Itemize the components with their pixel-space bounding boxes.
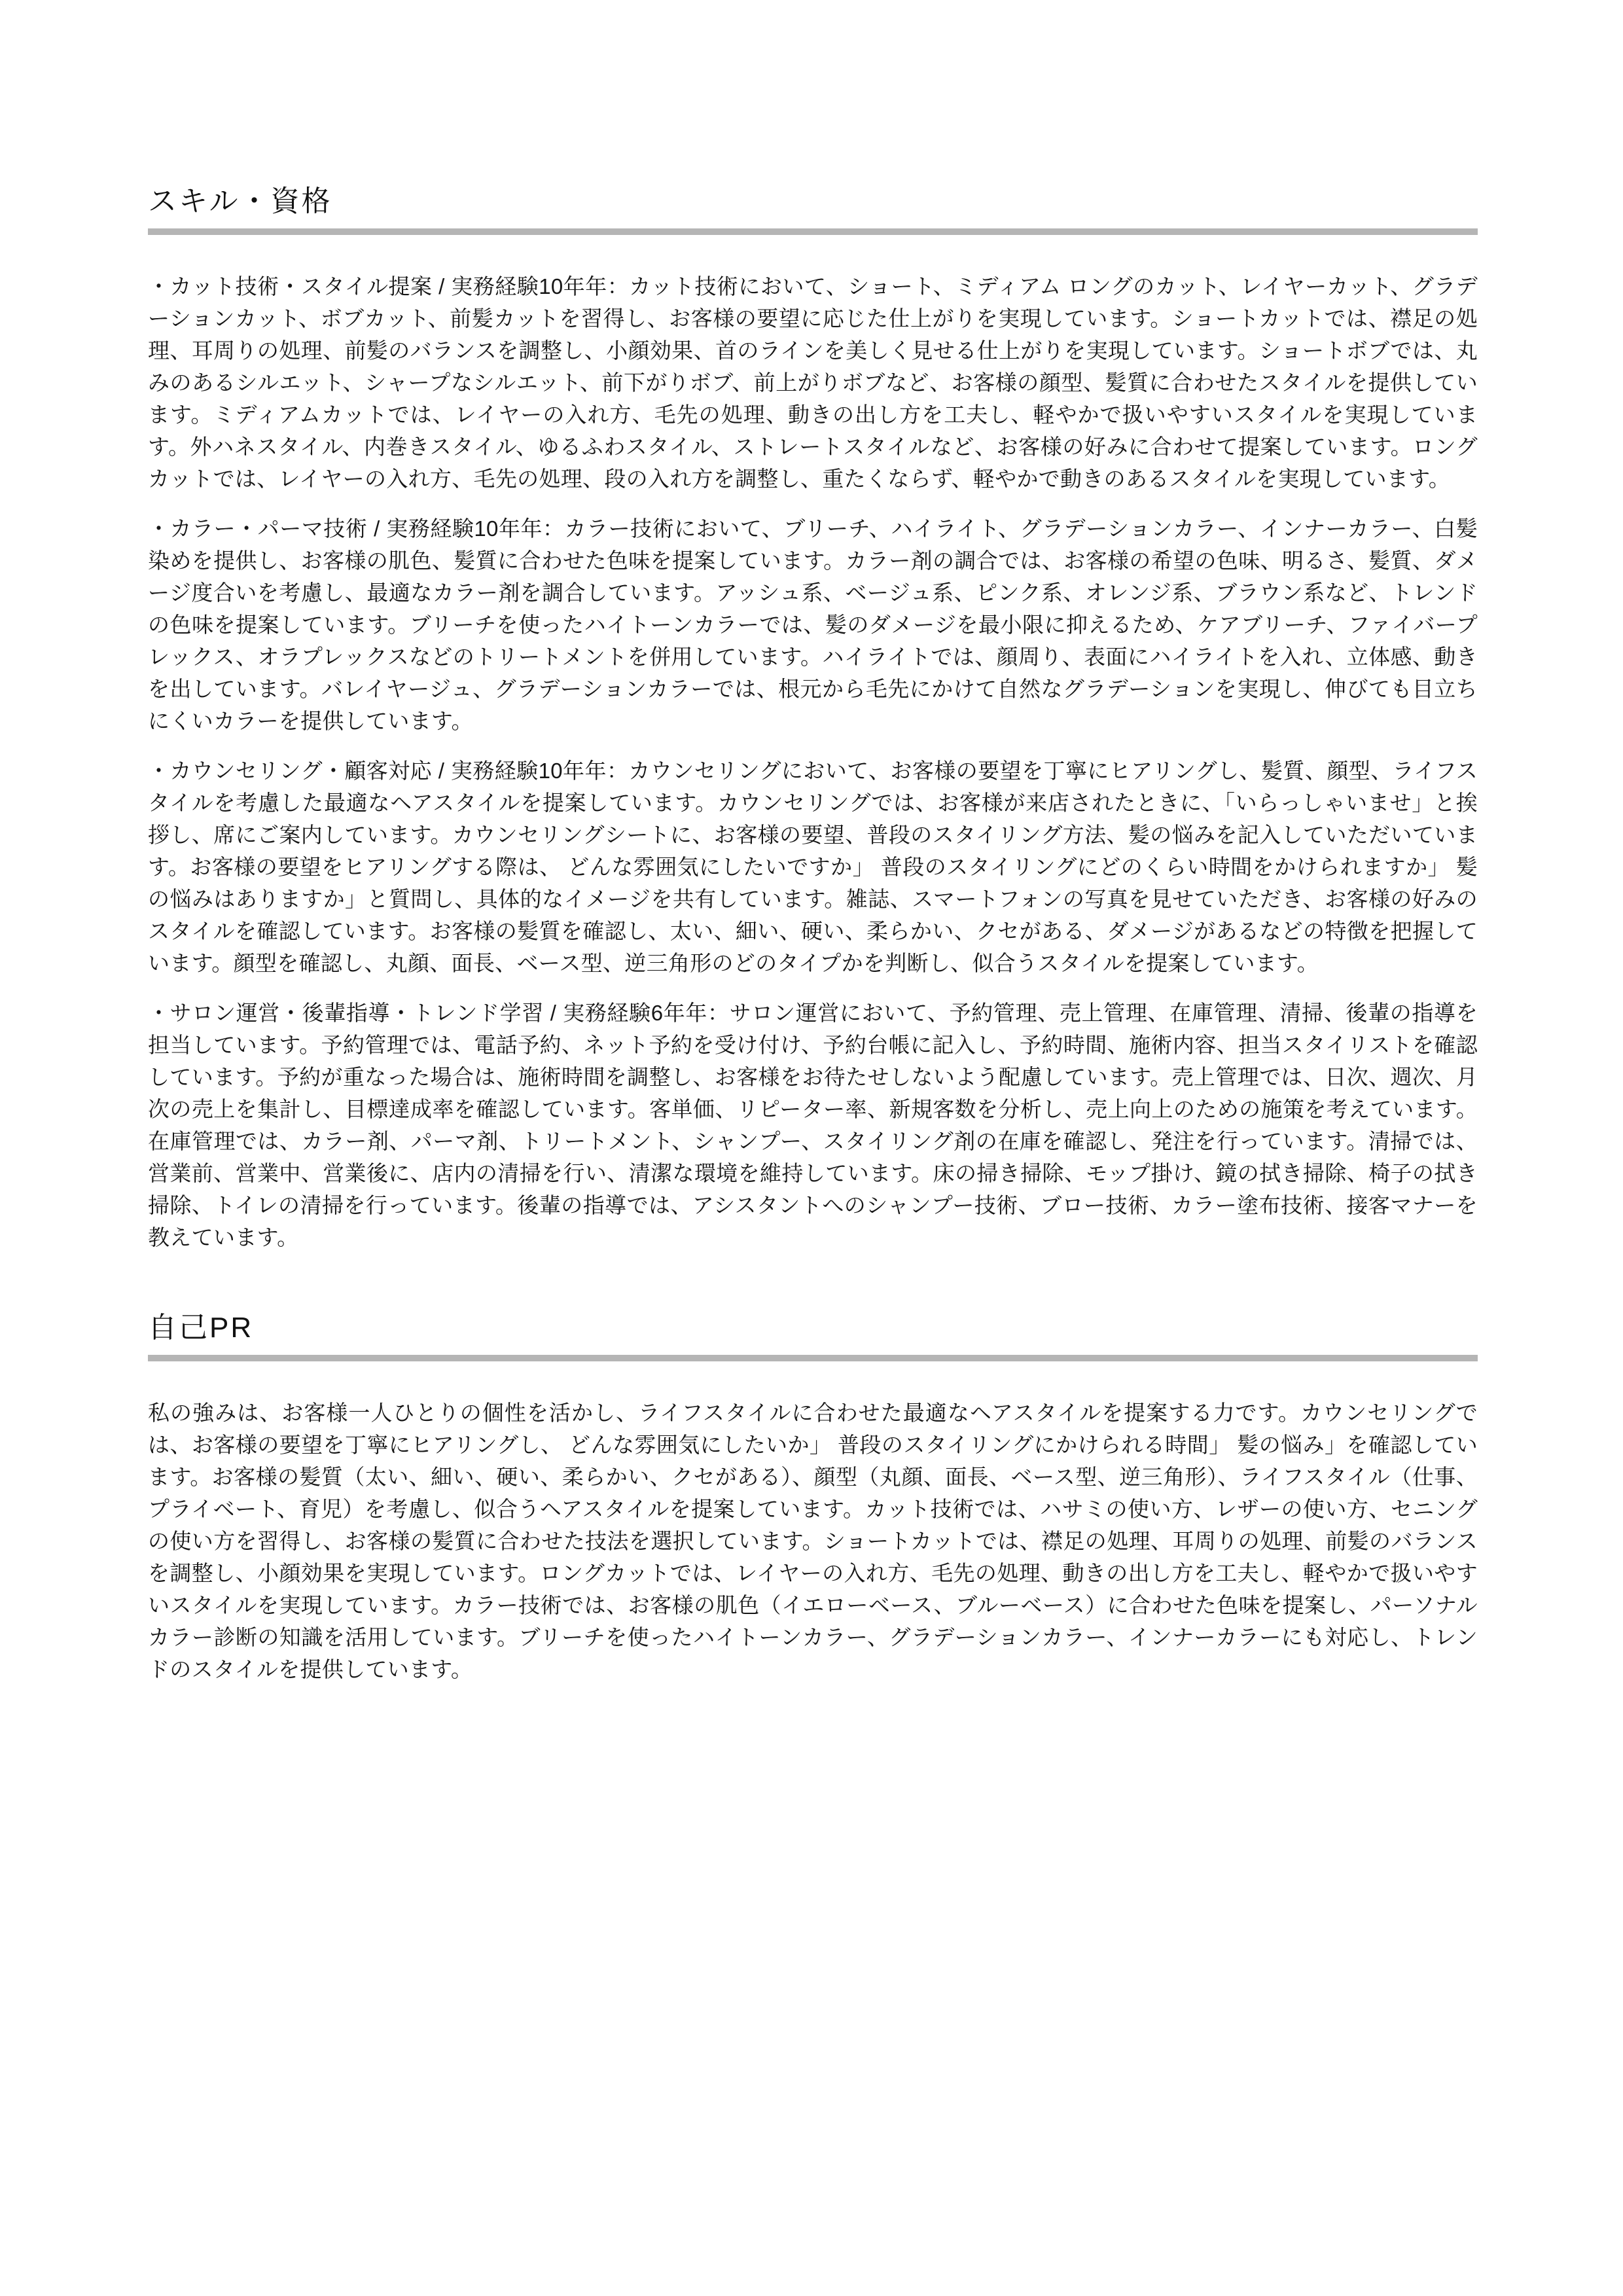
skills-section-heading: スキル・資格 xyxy=(148,185,1478,219)
skill-paragraph-cut: ・カット技術・スタイル提案 / 実務経験10年年：カット技術において、ショート、… xyxy=(148,270,1478,495)
self-pr-paragraph: 私の強みは、お客様一人ひとりの個性を活かし、ライフスタイルに合わせた最適なヘアス… xyxy=(148,1397,1478,1685)
section-self-pr: 自己PR 私の強みは、お客様一人ひとりの個性を活かし、ライフスタイルに合わせた最… xyxy=(148,1311,1478,1685)
self-pr-section-heading: 自己PR xyxy=(148,1311,1478,1346)
skill-paragraph-color-perm: ・カラー・パーマ技術 / 実務経験10年年：カラー技術において、ブリーチ、ハイラ… xyxy=(148,512,1478,737)
skill-paragraph-salon-management: ・サロン運営・後輩指導・トレンド学習 / 実務経験6年年：サロン運営において、予… xyxy=(148,997,1478,1253)
resume-page: スキル・資格 ・カット技術・スタイル提案 / 実務経験10年年：カット技術におい… xyxy=(0,0,1623,2296)
skills-section-divider xyxy=(148,228,1478,235)
skill-paragraph-counseling: ・カウンセリング・顧客対応 / 実務経験10年年：カウンセリングにおいて、お客様… xyxy=(148,755,1478,979)
self-pr-section-divider xyxy=(148,1355,1478,1361)
section-skills: スキル・資格 ・カット技術・スタイル提案 / 実務経験10年年：カット技術におい… xyxy=(148,185,1478,1253)
